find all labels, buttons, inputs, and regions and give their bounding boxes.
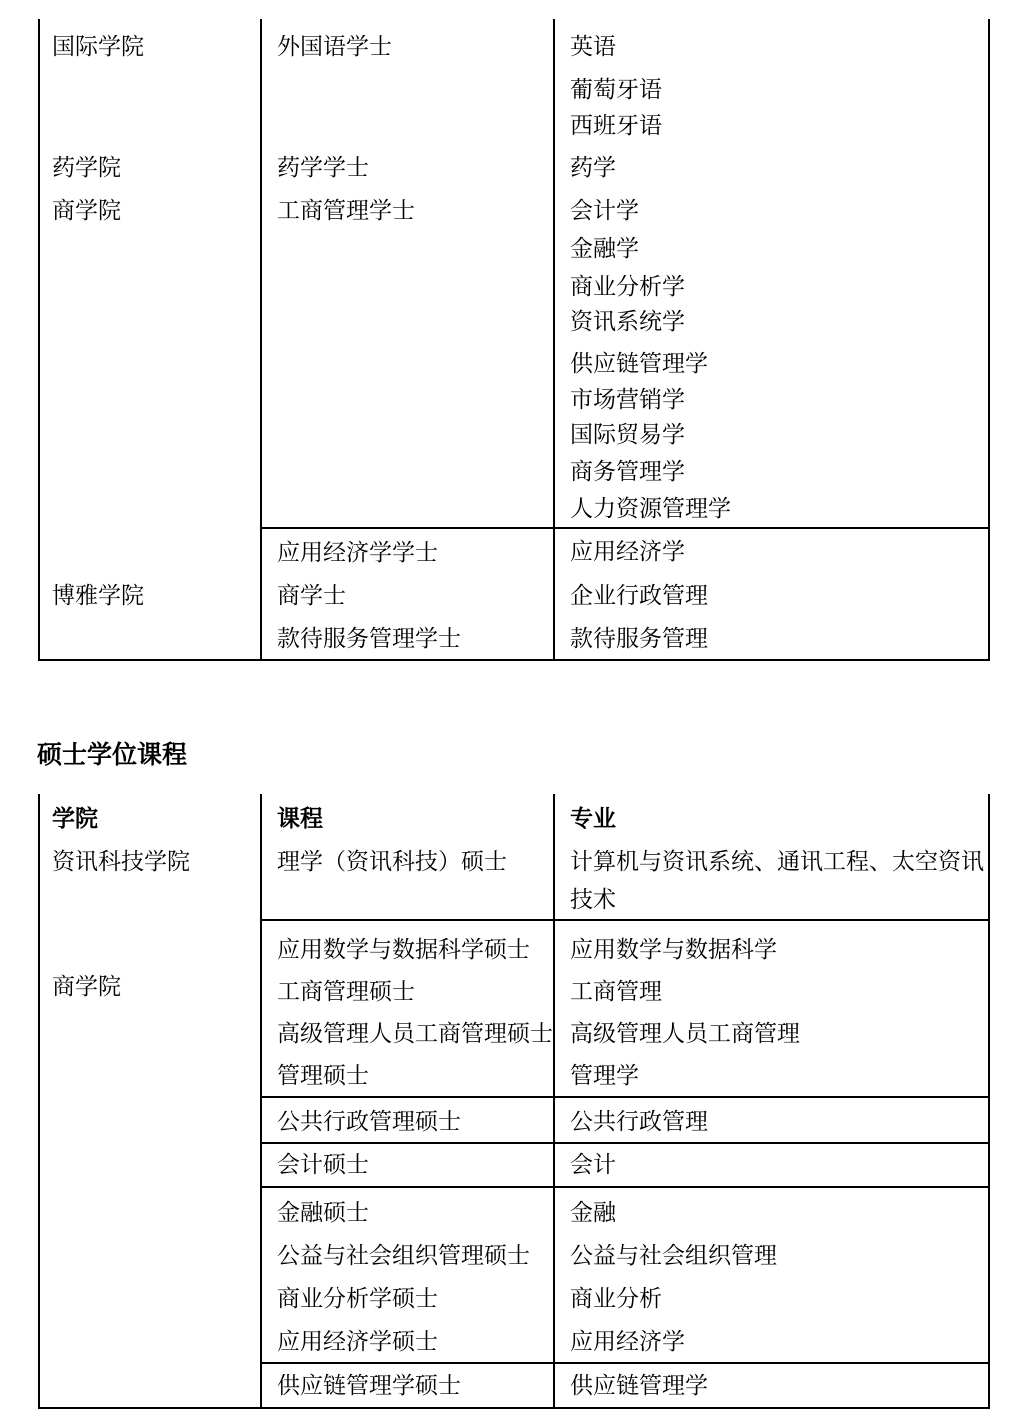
major-name: 会计学 <box>570 197 639 223</box>
major-name: 公共行政管理 <box>570 1108 708 1134</box>
major-name: 工商管理 <box>570 978 662 1004</box>
program-name: 理学（资讯科技）硕士 <box>277 848 507 874</box>
major-name: 应用数学与数据科学 <box>570 936 777 962</box>
program-name: 公共行政管理硕士 <box>277 1108 461 1134</box>
program-name: 公益与社会组织管理硕士 <box>277 1242 530 1268</box>
major-name: 英语 <box>570 33 616 59</box>
college-name: 资讯科技学院 <box>52 848 190 874</box>
college-name: 博雅学院 <box>52 582 144 608</box>
major-name: 商务管理学 <box>570 458 685 484</box>
table-border <box>38 794 40 1409</box>
program-name: 商业分析学硕士 <box>277 1285 438 1311</box>
major-name: 供应链管理学 <box>570 350 708 376</box>
major-name: 企业行政管理 <box>570 582 708 608</box>
major-name: 会计 <box>570 1151 616 1177</box>
program-name: 管理硕士 <box>277 1062 369 1088</box>
program-name: 供应链管理学硕士 <box>277 1372 461 1398</box>
major-name: 公益与社会组织管理 <box>570 1242 777 1268</box>
table-border <box>260 19 262 661</box>
major-name: 高级管理人员工商管理 <box>570 1020 800 1046</box>
program-name: 会计硕士 <box>277 1151 369 1177</box>
program-name: 工商管理学士 <box>277 197 415 223</box>
section-title: 硕士学位课程 <box>37 735 187 771</box>
table-border <box>38 659 990 661</box>
major-name: 商业分析 <box>570 1285 662 1311</box>
program-name: 商学士 <box>277 582 346 608</box>
college-name: 药学院 <box>52 154 121 180</box>
table-border <box>553 794 555 1409</box>
major-name: 金融学 <box>570 235 639 261</box>
major-name: 应用经济学 <box>570 538 685 564</box>
program-name: 工商管理硕士 <box>277 978 415 1004</box>
major-name: 款待服务管理 <box>570 625 708 651</box>
major-name: 市场营销学 <box>570 386 685 412</box>
table-border <box>260 1186 990 1188</box>
program-name: 高级管理人员工商管理硕士 <box>277 1020 553 1046</box>
major-name: 技术 <box>570 886 616 912</box>
major-name: 商业分析学 <box>570 273 685 299</box>
table-border <box>988 19 990 661</box>
table-border <box>260 919 990 921</box>
major-name: 管理学 <box>570 1062 639 1088</box>
column-header-program: 课程 <box>277 805 323 831</box>
program-name: 药学学士 <box>277 154 369 180</box>
major-name: 计算机与资讯系统、通讯工程、太空资讯 <box>570 848 984 874</box>
program-name: 应用数学与数据科学硕士 <box>277 936 530 962</box>
major-name: 西班牙语 <box>570 112 662 138</box>
table-border <box>38 1407 990 1409</box>
major-name: 人力资源管理学 <box>570 495 731 521</box>
table-border <box>260 1362 990 1364</box>
table-border <box>553 19 555 661</box>
major-name: 药学 <box>570 154 616 180</box>
college-name: 商学院 <box>52 973 121 999</box>
table-border <box>260 1142 990 1144</box>
program-name: 金融硕士 <box>277 1199 369 1225</box>
program-name: 应用经济学硕士 <box>277 1328 438 1354</box>
major-name: 资讯系统学 <box>570 308 685 334</box>
major-name: 国际贸易学 <box>570 421 685 447</box>
table-border <box>260 527 990 529</box>
column-header-college: 学院 <box>52 805 98 831</box>
college-name: 国际学院 <box>52 33 144 59</box>
major-name: 葡萄牙语 <box>570 76 662 102</box>
college-name: 商学院 <box>52 197 121 223</box>
document-page: 国际学院 药学院 商学院 博雅学院 外国语学士 药学学士 工商管理学士 应用经济… <box>0 0 1024 1424</box>
program-name: 应用经济学学士 <box>277 539 438 565</box>
column-header-major: 专业 <box>570 805 616 831</box>
table-border <box>38 19 40 661</box>
table-border <box>260 794 262 1409</box>
table-border <box>988 794 990 1409</box>
program-name: 外国语学士 <box>277 33 392 59</box>
major-name: 金融 <box>570 1199 616 1225</box>
major-name: 供应链管理学 <box>570 1372 708 1398</box>
major-name: 应用经济学 <box>570 1328 685 1354</box>
table-border <box>260 1096 990 1098</box>
program-name: 款待服务管理学士 <box>277 625 461 651</box>
